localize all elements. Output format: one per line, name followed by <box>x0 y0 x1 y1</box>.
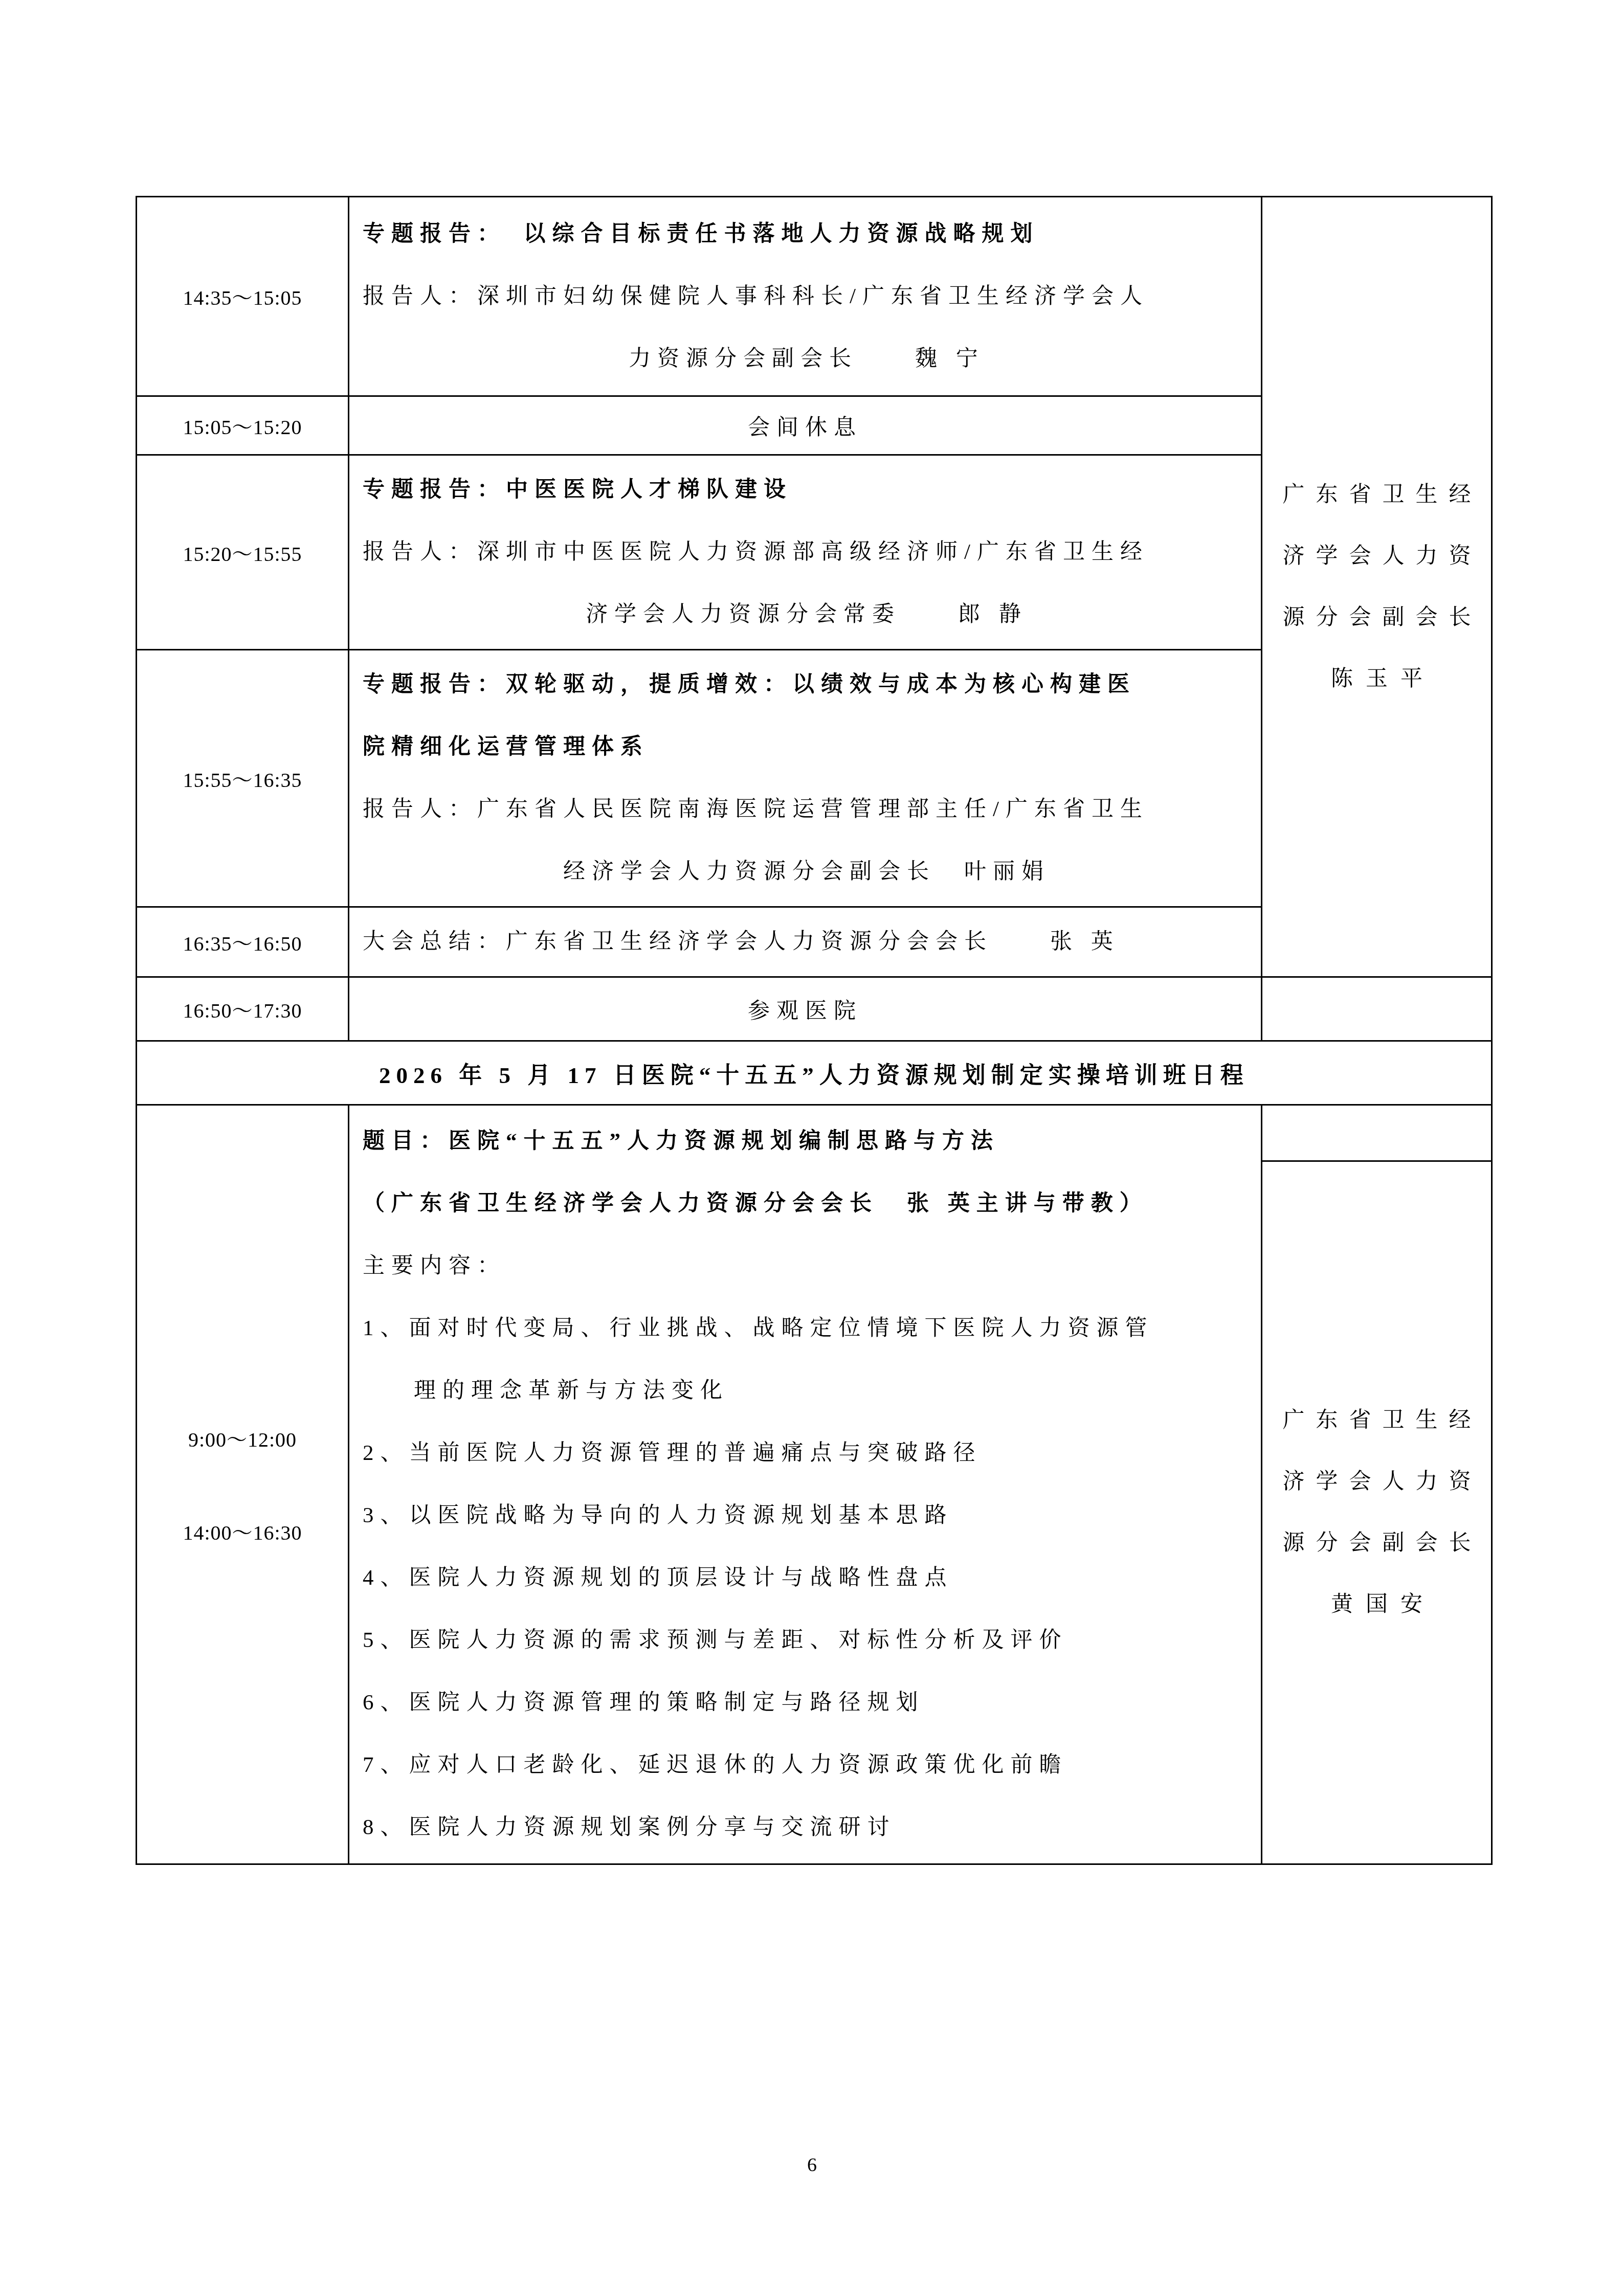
table-row: 14:35～15:05 专题报告： 以综合目标责任书落地人力资源战略规划 报告人… <box>137 197 1492 396</box>
agenda-item: 1、面对时代变局、行业挑战、战略定位情境下医院人力资源管 <box>363 1297 1251 1360</box>
chair-line: 源分会副会长 <box>1275 1513 1489 1574</box>
time-cell: 14:35～15:05 <box>137 197 349 396</box>
content-cell: 专题报告：双轮驱动，提质增效：以绩效与成本为核心构建医 院精细化运营管理体系 报… <box>349 650 1262 907</box>
chair-cell: 广东省卫生经 济学会人力资 源分会副会长 陈玉平 <box>1262 197 1492 977</box>
chair-line: 济学会人力资 <box>1275 1451 1489 1513</box>
chair-line: 济学会人力资 <box>1275 526 1489 587</box>
session-title: 专题报告： 以综合目标责任书落地人力资源战略规划 <box>363 203 1251 265</box>
table-row: 16:50～17:30 参观医院 <box>137 977 1492 1041</box>
time-cell: 15:20～15:55 <box>137 455 349 650</box>
chair-cell: 广东省卫生经 济学会人力资 源分会副会长 黄国安 <box>1262 1161 1492 1864</box>
time-cell: 15:05～15:20 <box>137 396 349 455</box>
session-line: 大会总结：广东省卫生经济学会人力资源分会会长 张 英 <box>363 911 1251 973</box>
course-lecturer: （广东省卫生经济学会人力资源分会会长 张 英主讲与带教） <box>363 1173 1251 1235</box>
session-title: 院精细化运营管理体系 <box>363 716 1251 778</box>
content-cell: 参观医院 <box>349 977 1262 1041</box>
session-line: 经济学会人力资源分会副会长 叶丽娟 <box>363 841 1251 903</box>
agenda-item: 4、医院人力资源规划的顶层设计与战略性盘点 <box>363 1547 1251 1609</box>
session-line: 济学会人力资源分会常委 郎 静 <box>363 583 1251 646</box>
time-cell: 16:35～16:50 <box>137 907 349 977</box>
session-line: 报告人：深圳市妇幼保健院人事科科长/广东省卫生经济学会人 <box>363 265 1251 328</box>
session-line: 力资源分会副会长 魏 宁 <box>363 328 1251 390</box>
time-block: 9:00～12:00 14:00～16:30 <box>137 1424 348 1546</box>
session-title: 专题报告：中医医院人才梯队建设 <box>363 459 1251 521</box>
content-cell: 专题报告：中医医院人才梯队建设 报告人：深圳市中医医院人力资源部高级经济师/广东… <box>349 455 1262 650</box>
content-cell: 题目：医院“十五五”人力资源规划编制思路与方法 （广东省卫生经济学会人力资源分会… <box>349 1105 1262 1864</box>
content-cell: 专题报告： 以综合目标责任书落地人力资源战略规划 报告人：深圳市妇幼保健院人事科… <box>349 197 1262 396</box>
agenda-item-continuation: 理的理念革新与方法变化 <box>363 1360 1251 1422</box>
chair-name: 黄国安 <box>1275 1574 1491 1635</box>
agenda-item: 6、医院人力资源管理的策略制定与路径规划 <box>363 1672 1251 1734</box>
session-line: 报告人：广东省人民医院南海医院运营管理部主任/广东省卫生 <box>363 778 1251 841</box>
agenda-item: 3、以医院战略为导向的人力资源规划基本思路 <box>363 1484 1251 1547</box>
time-slot: 9:00～12:00 <box>188 1424 297 1453</box>
agenda-item: 7、应对人口老龄化、延迟退休的人力资源政策优化前瞻 <box>363 1734 1251 1796</box>
content-cell: 会间休息 <box>349 396 1262 455</box>
agenda-item: 8、医院人力资源规划案例分享与交流研讨 <box>363 1796 1251 1859</box>
time-cell: 9:00～12:00 14:00～16:30 <box>137 1105 349 1864</box>
chair-line: 源分会副会长 <box>1275 587 1489 648</box>
table-row: 9:00～12:00 14:00～16:30 题目：医院“十五五”人力资源规划编… <box>137 1105 1492 1161</box>
page-number: 6 <box>0 2154 1624 2176</box>
table-row: 2026 年 5 月 17 日医院“十五五”人力资源规划制定实操培训班日程 <box>137 1041 1492 1105</box>
date-header: 2026 年 5 月 17 日医院“十五五”人力资源规划制定实操培训班日程 <box>137 1041 1492 1105</box>
chair-line: 广东省卫生经 <box>1275 1390 1489 1451</box>
course-title: 题目：医院“十五五”人力资源规划编制思路与方法 <box>363 1110 1251 1173</box>
section-label: 主要内容： <box>363 1235 1251 1297</box>
chair-name: 陈玉平 <box>1275 648 1491 710</box>
time-cell: 16:50～17:30 <box>137 977 349 1041</box>
session-title: 专题报告：双轮驱动，提质增效：以绩效与成本为核心构建医 <box>363 654 1251 716</box>
chair-line: 广东省卫生经 <box>1275 464 1489 526</box>
time-slot: 14:00～16:30 <box>183 1517 302 1546</box>
schedule-table: 14:35～15:05 专题报告： 以综合目标责任书落地人力资源战略规划 报告人… <box>136 196 1493 1865</box>
document-page: 14:35～15:05 专题报告： 以综合目标责任书落地人力资源战略规划 报告人… <box>0 0 1624 2296</box>
session-line: 报告人：深圳市中医医院人力资源部高级经济师/广东省卫生经 <box>363 521 1251 583</box>
chair-cell-empty <box>1262 1105 1492 1161</box>
agenda-item: 5、医院人力资源的需求预测与差距、对标性分析及评价 <box>363 1609 1251 1672</box>
time-cell: 15:55～16:35 <box>137 650 349 907</box>
agenda-item: 2、当前医院人力资源管理的普遍痛点与突破路径 <box>363 1422 1251 1484</box>
content-cell: 大会总结：广东省卫生经济学会人力资源分会会长 张 英 <box>349 907 1262 977</box>
chair-cell-empty <box>1262 977 1492 1041</box>
